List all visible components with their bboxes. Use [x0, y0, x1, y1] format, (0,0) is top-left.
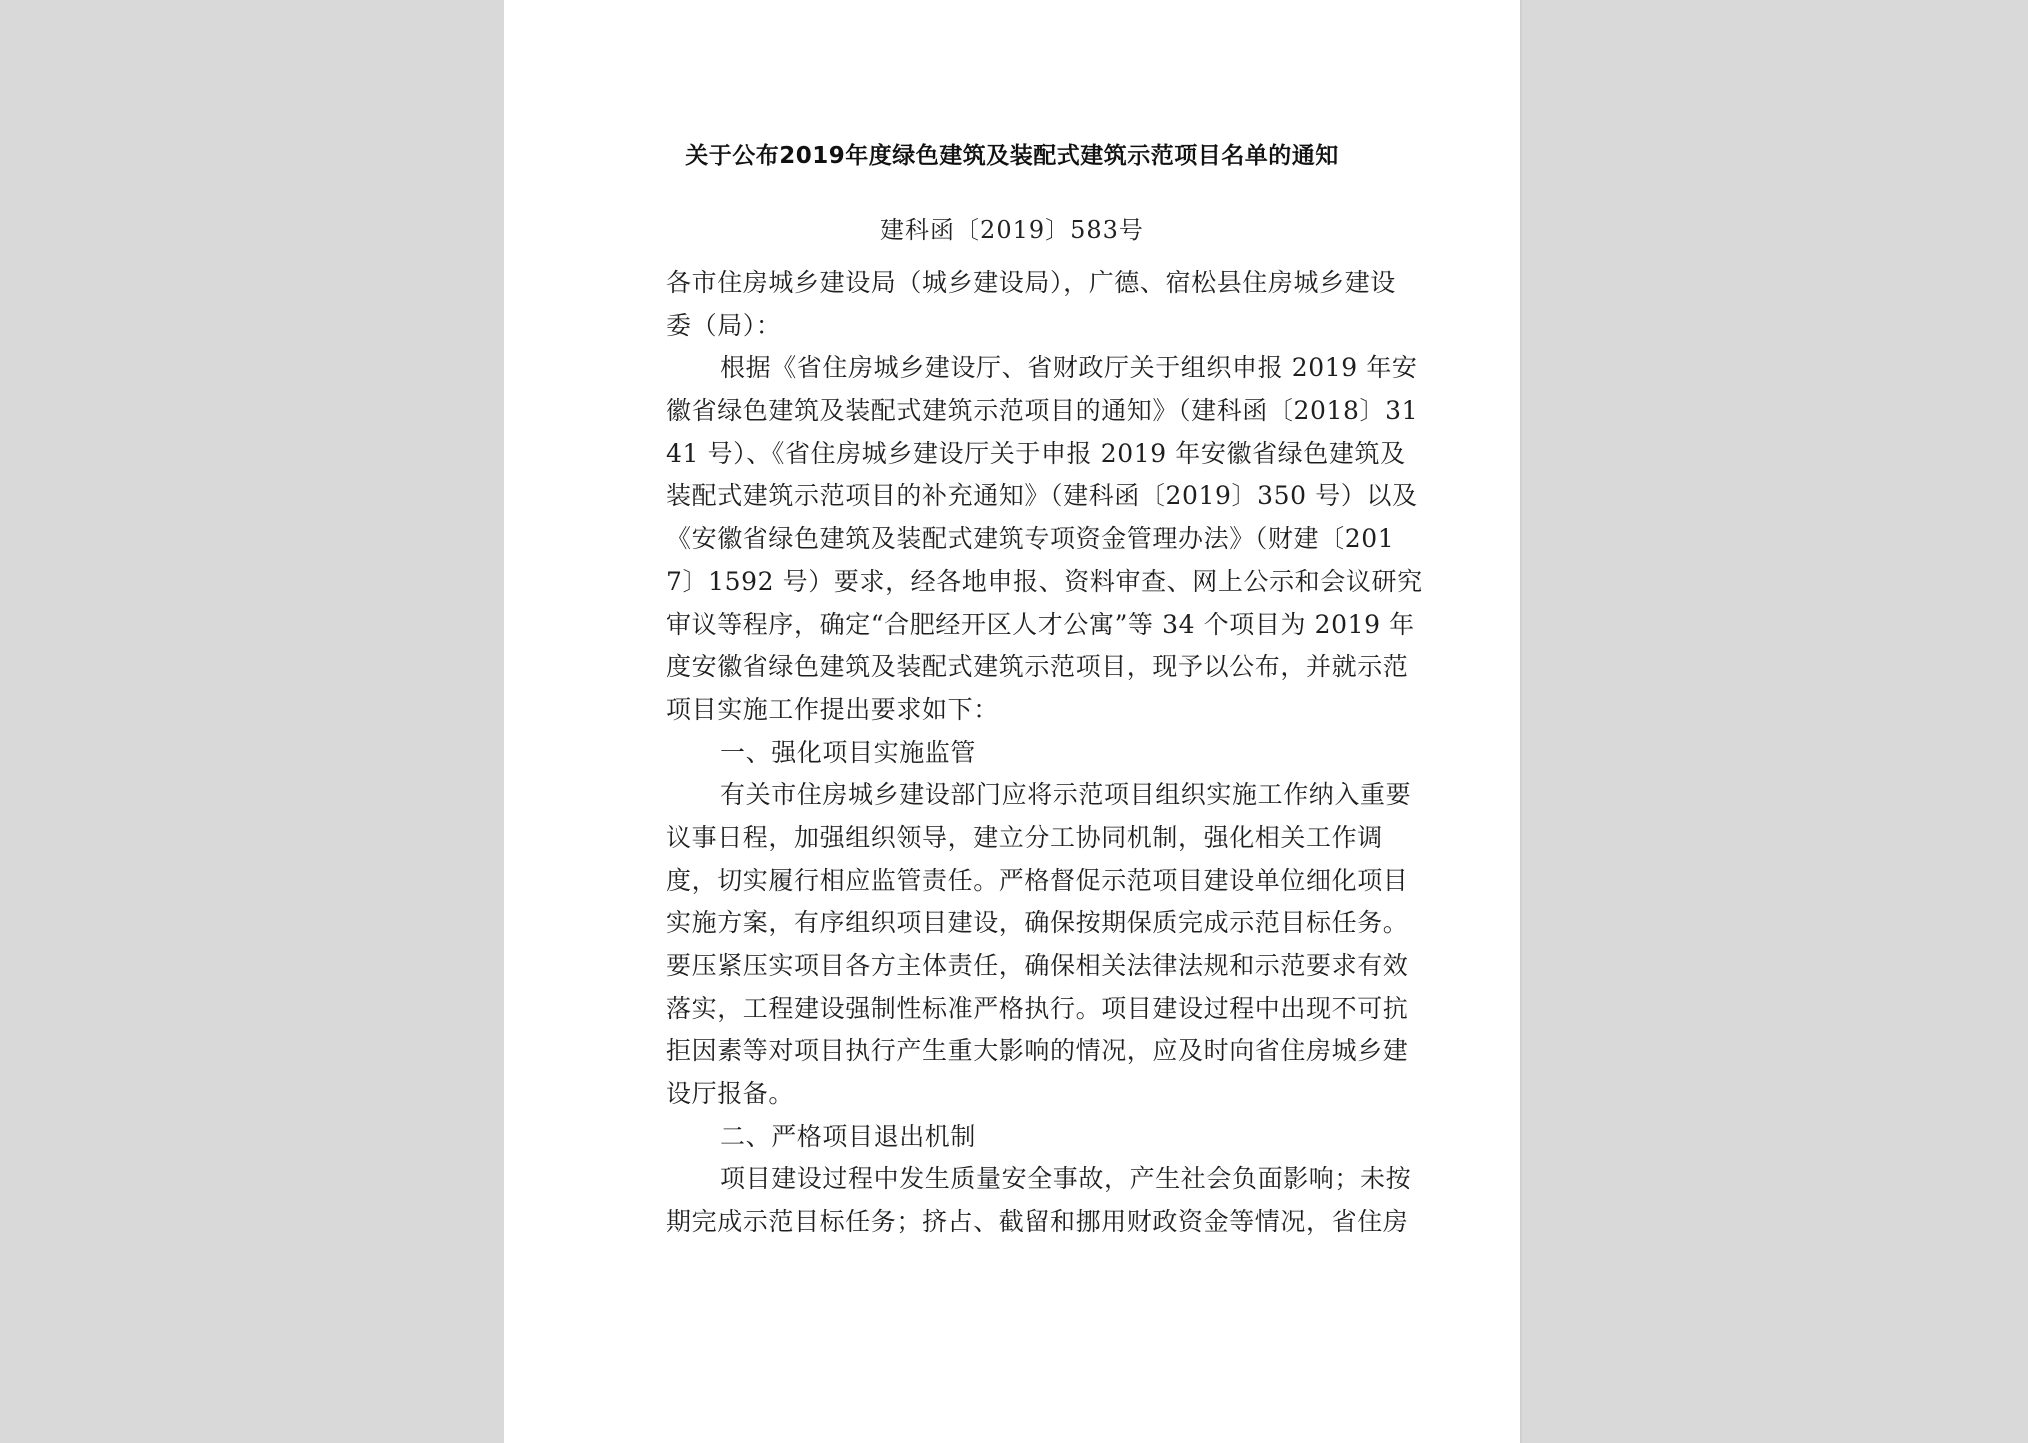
- body-line: 度，切实履行相应监管责任。严格督促示范项目建设单位细化项目: [666, 860, 1366, 903]
- body-line: 项目实施工作提出要求如下：: [666, 689, 1366, 732]
- body-line: 7〕1592 号）要求，经各地申报、资料审查、网上公示和会议研究: [666, 561, 1366, 604]
- body-line: 《安徽省绿色建筑及装配式建筑专项资金管理办法》（财建〔201: [666, 518, 1366, 561]
- body-line: 设厅报备。: [666, 1073, 1366, 1116]
- body-line: 要压紧压实项目各方主体责任，确保相关法律法规和示范要求有效: [666, 945, 1366, 988]
- document-title: 关于公布2019年度绿色建筑及装配式建筑示范项目名单的通知: [504, 140, 1520, 172]
- section-heading-1: 一、强化项目实施监管: [666, 732, 1366, 775]
- document-number: 建科函〔2019〕583号: [504, 214, 1520, 246]
- body-line: 议事日程，加强组织领导，建立分工协同机制，强化相关工作调: [666, 817, 1366, 860]
- body-line: 期完成示范目标任务；挤占、截留和挪用财政资金等情况，省住房: [666, 1201, 1366, 1244]
- body-line: 委（局）：: [666, 305, 1366, 348]
- body-line: 项目建设过程中发生质量安全事故，产生社会负面影响；未按: [666, 1158, 1366, 1201]
- body-line: 落实，工程建设强制性标准严格执行。项目建设过程中出现不可抗: [666, 988, 1366, 1031]
- section-heading-2: 二、严格项目退出机制: [666, 1116, 1366, 1159]
- body-line: 徽省绿色建筑及装配式建筑示范项目的通知》（建科函〔2018〕31: [666, 390, 1366, 433]
- body-line: 装配式建筑示范项目的补充通知》（建科函〔2019〕350 号）以及: [666, 475, 1366, 518]
- document-page: 关于公布2019年度绿色建筑及装配式建筑示范项目名单的通知 建科函〔2019〕5…: [504, 0, 1522, 1443]
- body-line: 各市住房城乡建设局（城乡建设局），广德、宿松县住房城乡建设: [666, 262, 1366, 305]
- body-line: 度安徽省绿色建筑及装配式建筑示范项目，现予以公布，并就示范: [666, 646, 1366, 689]
- body-line: 有关市住房城乡建设部门应将示范项目组织实施工作纳入重要: [666, 774, 1366, 817]
- body-line: 拒因素等对项目执行产生重大影响的情况，应及时向省住房城乡建: [666, 1030, 1366, 1073]
- document-body: 各市住房城乡建设局（城乡建设局），广德、宿松县住房城乡建设 委（局）： 根据《省…: [666, 262, 1366, 1244]
- body-line: 审议等程序，确定“合肥经开区人才公寓”等 34 个项目为 2019 年: [666, 604, 1366, 647]
- body-line: 根据《省住房城乡建设厅、省财政厅关于组织申报 2019 年安: [666, 347, 1366, 390]
- body-line: 实施方案，有序组织项目建设，确保按期保质完成示范目标任务。: [666, 902, 1366, 945]
- body-line: 41 号）、《省住房城乡建设厅关于申报 2019 年安徽省绿色建筑及: [666, 433, 1366, 476]
